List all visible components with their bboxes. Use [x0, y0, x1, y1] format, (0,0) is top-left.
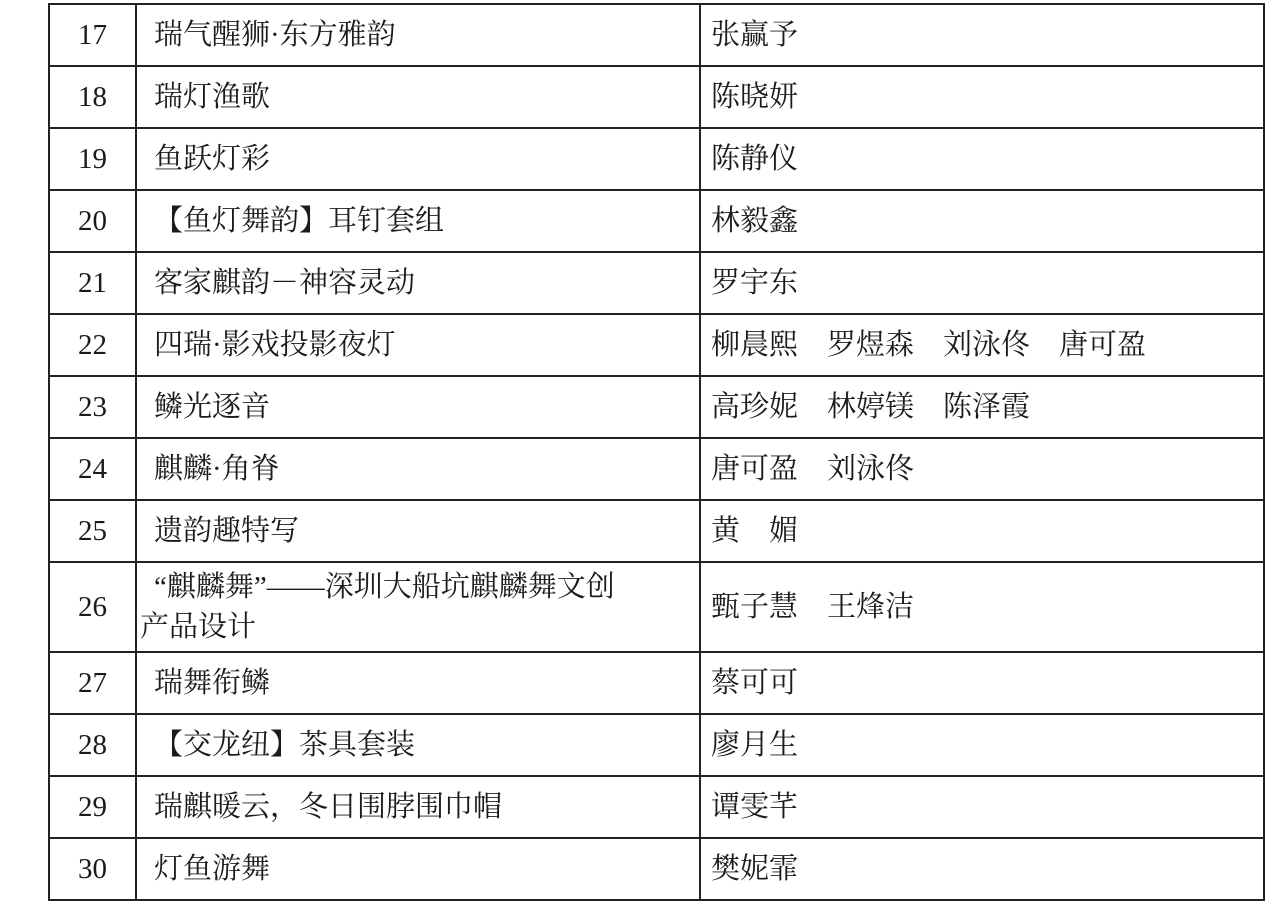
- work-title-cell: 客家麒韵－神容灵动: [136, 252, 700, 314]
- table-row: 18 瑞灯渔歌 陈晓妍: [49, 66, 1264, 128]
- authors-cell: 甄子慧 王烽洁: [700, 562, 1264, 652]
- work-title-cell: 瑞舞衔鳞: [136, 652, 700, 714]
- authors-cell: 唐可盈 刘泳佟: [700, 438, 1264, 500]
- authors-cell: 林毅鑫: [700, 190, 1264, 252]
- row-number-cell: 24: [49, 438, 136, 500]
- work-title-cell: 【鱼灯舞韵】耳钉套组: [136, 190, 700, 252]
- table-row: 28 【交龙纽】茶具套装 廖月生: [49, 714, 1264, 776]
- authors-cell: 高珍妮 林婷镁 陈泽霞: [700, 376, 1264, 438]
- table-row: 21 客家麒韵－神容灵动 罗宇东: [49, 252, 1264, 314]
- authors-cell: 柳晨熙 罗煜森 刘泳佟 唐可盈: [700, 314, 1264, 376]
- row-number-cell: 28: [49, 714, 136, 776]
- table-row: 27 瑞舞衔鳞 蔡可可: [49, 652, 1264, 714]
- row-number-cell: 19: [49, 128, 136, 190]
- authors-cell: 黄 媚: [700, 500, 1264, 562]
- authors-cell: 蔡可可: [700, 652, 1264, 714]
- work-title-cell: 灯鱼游舞: [136, 838, 700, 900]
- work-title-cell: 瑞灯渔歌: [136, 66, 700, 128]
- work-title-cell: 遗韵趣特写: [136, 500, 700, 562]
- authors-cell: 罗宇东: [700, 252, 1264, 314]
- row-number-cell: 21: [49, 252, 136, 314]
- table-row: 22 四瑞·影戏投影夜灯 柳晨熙 罗煜森 刘泳佟 唐可盈: [49, 314, 1264, 376]
- authors-cell: 廖月生: [700, 714, 1264, 776]
- work-title-cell: 四瑞·影戏投影夜灯: [136, 314, 700, 376]
- authors-cell: 陈静仪: [700, 128, 1264, 190]
- row-number-cell: 17: [49, 4, 136, 66]
- row-number-cell: 27: [49, 652, 136, 714]
- table-body: 17 瑞气醒狮·东方雅韵 张赢予 18 瑞灯渔歌 陈晓妍 19 鱼跃灯彩 陈静仪…: [49, 4, 1264, 900]
- table-row: 30 灯鱼游舞 樊妮霏: [49, 838, 1264, 900]
- work-title-cell: “麒麟舞”——深圳大船坑麒麟舞文创 产品设计: [136, 562, 700, 652]
- work-title-cell: 瑞麒暖云，冬日围脖围巾帽: [136, 776, 700, 838]
- works-authors-table: 17 瑞气醒狮·东方雅韵 张赢予 18 瑞灯渔歌 陈晓妍 19 鱼跃灯彩 陈静仪…: [48, 3, 1265, 901]
- authors-cell: 樊妮霏: [700, 838, 1264, 900]
- table-row: 25 遗韵趣特写 黄 媚: [49, 500, 1264, 562]
- table-row: 24 麒麟·角脊 唐可盈 刘泳佟: [49, 438, 1264, 500]
- work-title-cell: 鱼跃灯彩: [136, 128, 700, 190]
- table-row: 26 “麒麟舞”——深圳大船坑麒麟舞文创 产品设计 甄子慧 王烽洁: [49, 562, 1264, 652]
- row-number-cell: 30: [49, 838, 136, 900]
- work-title-cell: 麒麟·角脊: [136, 438, 700, 500]
- row-number-cell: 22: [49, 314, 136, 376]
- row-number-cell: 23: [49, 376, 136, 438]
- work-title-cell: 【交龙纽】茶具套装: [136, 714, 700, 776]
- authors-cell: 谭雯芊: [700, 776, 1264, 838]
- work-title-cell: 鳞光逐音: [136, 376, 700, 438]
- row-number-cell: 29: [49, 776, 136, 838]
- row-number-cell: 25: [49, 500, 136, 562]
- row-number-cell: 18: [49, 66, 136, 128]
- row-number-cell: 20: [49, 190, 136, 252]
- table-row: 23 鳞光逐音 高珍妮 林婷镁 陈泽霞: [49, 376, 1264, 438]
- authors-cell: 陈晓妍: [700, 66, 1264, 128]
- work-title-cell: 瑞气醒狮·东方雅韵: [136, 4, 700, 66]
- row-number-cell: 26: [49, 562, 136, 652]
- table-row: 17 瑞气醒狮·东方雅韵 张赢予: [49, 4, 1264, 66]
- table-row: 19 鱼跃灯彩 陈静仪: [49, 128, 1264, 190]
- table-row: 29 瑞麒暖云，冬日围脖围巾帽 谭雯芊: [49, 776, 1264, 838]
- table-row: 20 【鱼灯舞韵】耳钉套组 林毅鑫: [49, 190, 1264, 252]
- authors-cell: 张赢予: [700, 4, 1264, 66]
